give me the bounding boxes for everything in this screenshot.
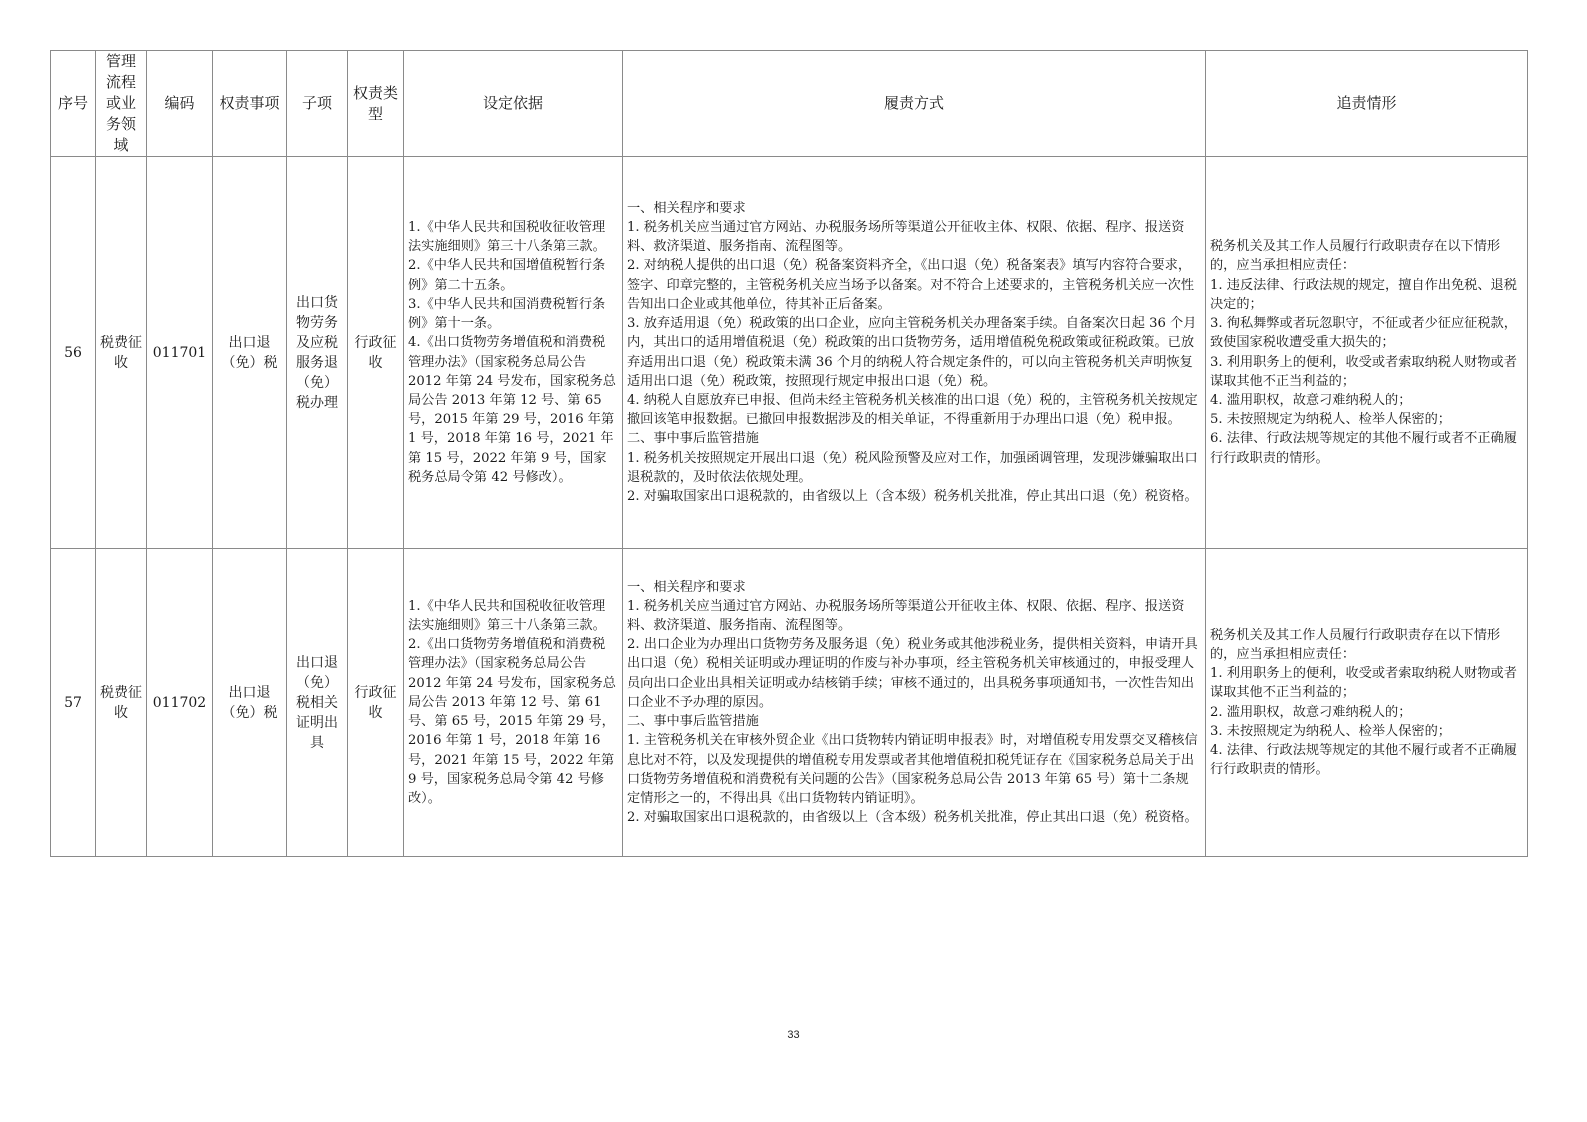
cell-accountability: 税务机关及其工作人员履行行政职责存在以下情形的，应当承担相应责任： 1. 利用职… <box>1206 549 1528 857</box>
accountability-item: 2. 滥用职权，故意刁难纳税人的； <box>1210 703 1523 722</box>
accountability-item: 5. 未按照规定为纳税人、检举人保密的； <box>1210 410 1523 429</box>
accountability-item: 4. 滥用职权，故意刁难纳税人的； <box>1210 391 1523 410</box>
document-page: 序号 管理流程或业务领域 编码 权责事项 子项 权责类型 设定依据 履责方式 追… <box>0 0 1587 1122</box>
header-method: 履责方式 <box>623 51 1206 157</box>
method-section-heading: 一、相关程序和要求 <box>627 199 1201 218</box>
basis-item: 1.《中华人民共和国税收征收管理法实施细则》第三十八条第三款。 <box>408 218 618 256</box>
header-domain: 管理流程或业务领域 <box>96 51 147 157</box>
header-type: 权责类型 <box>348 51 404 157</box>
page-number: 33 <box>0 1029 1587 1041</box>
method-item: 2. 对骗取国家出口退税款的，由省级以上（含本级）税务机关批准，停止其出口退（免… <box>627 487 1201 506</box>
cell-type: 行政征收 <box>348 549 404 857</box>
responsibility-table: 序号 管理流程或业务领域 编码 权责事项 子项 权责类型 设定依据 履责方式 追… <box>50 50 1528 857</box>
cell-code: 011702 <box>147 549 213 857</box>
accountability-item: 6. 法律、行政法规等规定的其他不履行或者不正确履行行政职责的情形。 <box>1210 429 1523 467</box>
cell-seq: 57 <box>51 549 96 857</box>
accountability-item: 1. 违反法律、行政法规的规定，擅自作出免税、退税决定的； <box>1210 276 1523 314</box>
basis-item: 4.《出口货物劳务增值税和消费税管理办法》（国家税务总局公告 2012 年第 2… <box>408 333 618 487</box>
header-seq: 序号 <box>51 51 96 157</box>
cell-method: 一、相关程序和要求 1. 税务机关应当通过官方网站、办税服务场所等渠道公开征收主… <box>623 549 1206 857</box>
cell-subitem: 出口货物劳务及应税服务退（免）税办理 <box>287 157 348 549</box>
cell-matter: 出口退（免）税 <box>213 549 287 857</box>
method-section-heading: 一、相关程序和要求 <box>627 578 1201 597</box>
cell-matter: 出口退（免）税 <box>213 157 287 549</box>
header-matter: 权责事项 <box>213 51 287 157</box>
table-header-row: 序号 管理流程或业务领域 编码 权责事项 子项 权责类型 设定依据 履责方式 追… <box>51 51 1528 157</box>
method-item: 2. 出口企业为办理出口货物劳务及服务退（免）税业务或其他涉税业务，提供相关资料… <box>627 635 1201 712</box>
table-row: 57 税费征收 011702 出口退（免）税 出口退（免）税相关证明出具 行政征… <box>51 549 1528 857</box>
accountability-item: 3. 徇私舞弊或者玩忽职守，不征或者少征应征税款，致使国家税收遭受重大损失的； <box>1210 314 1523 352</box>
cell-subitem: 出口退（免）税相关证明出具 <box>287 549 348 857</box>
cell-method: 一、相关程序和要求 1. 税务机关应当通过官方网站、办税服务场所等渠道公开征收主… <box>623 157 1206 549</box>
accountability-item: 1. 利用职务上的便利，收受或者索取纳税人财物或者谋取其他不正当利益的； <box>1210 664 1523 702</box>
header-basis: 设定依据 <box>404 51 623 157</box>
method-item: 1. 税务机关应当通过官方网站、办税服务场所等渠道公开征收主体、权限、依据、程序… <box>627 218 1201 256</box>
cell-domain: 税费征收 <box>96 549 147 857</box>
method-section-heading: 二、事中事后监管措施 <box>627 712 1201 731</box>
method-section-heading: 二、事中事后监管措施 <box>627 429 1201 448</box>
cell-code: 011701 <box>147 157 213 549</box>
cell-basis: 1.《中华人民共和国税收征收管理法实施细则》第三十八条第三款。 2.《中华人民共… <box>404 157 623 549</box>
method-item: 1. 税务机关应当通过官方网站、办税服务场所等渠道公开征收主体、权限、依据、程序… <box>627 597 1201 635</box>
cell-basis: 1.《中华人民共和国税收征收管理法实施细则》第三十八条第三款。 2.《出口货物劳… <box>404 549 623 857</box>
cell-seq: 56 <box>51 157 96 549</box>
table-row: 56 税费征收 011701 出口退（免）税 出口货物劳务及应税服务退（免）税办… <box>51 157 1528 549</box>
cell-type: 行政征收 <box>348 157 404 549</box>
accountability-item: 3. 利用职务上的便利，收受或者索取纳税人财物或者谋取其他不正当利益的； <box>1210 353 1523 391</box>
header-accountability: 追责情形 <box>1206 51 1528 157</box>
basis-item: 2.《出口货物劳务增值税和消费税管理办法》（国家税务总局公告 2012 年第 2… <box>408 635 618 808</box>
basis-item: 2.《中华人民共和国增值税暂行条例》第二十五条。 <box>408 256 618 294</box>
basis-item: 3.《中华人民共和国消费税暂行条例》第十一条。 <box>408 295 618 333</box>
method-item: 4. 纳税人自愿放弃已申报、但尚未经主管税务机关核准的出口退（免）税的，主管税务… <box>627 391 1201 429</box>
method-item: 2. 对纳税人提供的出口退（免）税备案资料齐全，《出口退（免）税备案表》填写内容… <box>627 256 1201 314</box>
header-code: 编码 <box>147 51 213 157</box>
method-item: 1. 税务机关按照规定开展出口退（免）税风险预警及应对工作，加强函调管理，发现涉… <box>627 449 1201 487</box>
cell-domain: 税费征收 <box>96 157 147 549</box>
method-item: 1. 主管税务机关在审核外贸企业《出口货物转内销证明申报表》时，对增值税专用发票… <box>627 731 1201 808</box>
accountability-item: 3. 未按照规定为纳税人、检举人保密的； <box>1210 722 1523 741</box>
cell-accountability: 税务机关及其工作人员履行行政职责存在以下情形的，应当承担相应责任： 1. 违反法… <box>1206 157 1528 549</box>
method-item: 2. 对骗取国家出口退税款的，由省级以上（含本级）税务机关批准，停止其出口退（免… <box>627 808 1201 827</box>
basis-item: 1.《中华人民共和国税收征收管理法实施细则》第三十八条第三款。 <box>408 597 618 635</box>
accountability-item: 4. 法律、行政法规等规定的其他不履行或者不正确履行行政职责的情形。 <box>1210 741 1523 779</box>
method-item: 3. 放弃适用退（免）税政策的出口企业，应向主管税务机关办理备案手续。自备案次日… <box>627 314 1201 391</box>
header-subitem: 子项 <box>287 51 348 157</box>
accountability-intro: 税务机关及其工作人员履行行政职责存在以下情形的，应当承担相应责任： <box>1210 237 1523 275</box>
accountability-intro: 税务机关及其工作人员履行行政职责存在以下情形的，应当承担相应责任： <box>1210 626 1523 664</box>
